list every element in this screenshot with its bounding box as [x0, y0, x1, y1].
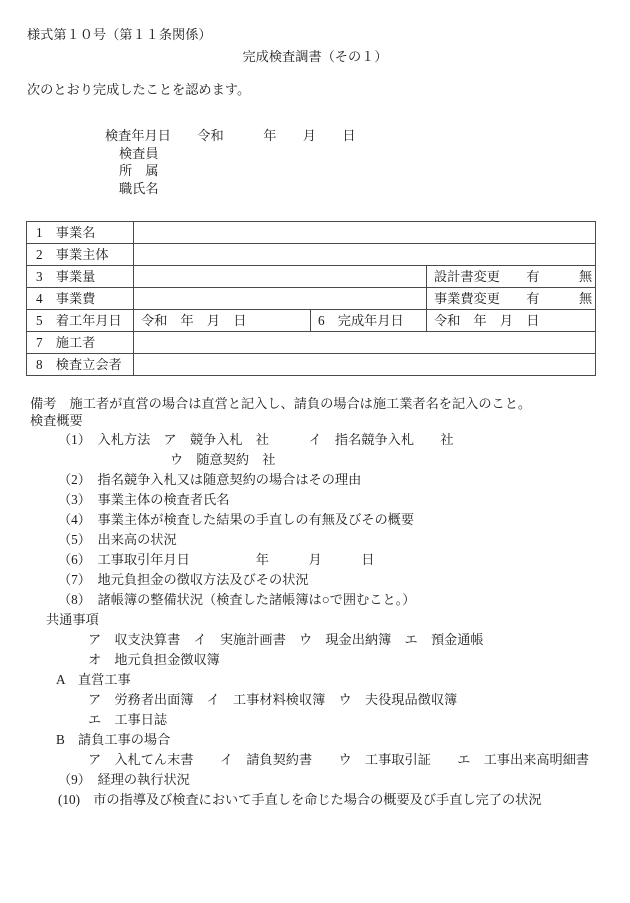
summary-line: エ 工事日誌 — [88, 710, 626, 730]
summary-line: ウ 随意契約 社 — [170, 450, 626, 470]
row-label-cell: 2 事業主体 — [27, 244, 134, 266]
summary-line: (10) 市の指導及び検査において手直しを命じた場合の概要及び手直し完了の状況 — [58, 790, 626, 810]
document-page: 様式第１０号（第１１条関係） 完成検査調書（その１） 次のとおり完成したことを認… — [0, 0, 630, 903]
row-value-cell — [134, 244, 596, 266]
row-label-cell: 1 事業名 — [27, 222, 134, 244]
table-row: 4 事業費事業費変更 有 無 — [27, 288, 596, 310]
row-value-cell: 令和 年 月 日 — [427, 310, 596, 332]
row-value-cell: 6 完成年月日 — [311, 310, 427, 332]
row-value-cell: 事業費変更 有 無 — [427, 288, 596, 310]
summary-line: ア 労務者出面簿 イ 工事材料検収簿 ウ 夫役現品徴収簿 — [88, 690, 626, 710]
summary-line: （6） 工事取引年月日 年 月 日 — [58, 550, 626, 570]
row-value-cell: 令和 年 月 日 — [134, 310, 311, 332]
row-label-cell: 3 事業量 — [27, 266, 134, 288]
row-label-cell: 5 着工年月日 — [27, 310, 134, 332]
table-row: 8 検査立会者 — [27, 354, 596, 376]
project-info-table: 1 事業名2 事業主体3 事業量設計書変更 有 無4 事業費事業費変更 有 無5… — [26, 221, 596, 376]
summary-line: オ 地元負担金徴収簿 — [88, 650, 626, 670]
inspection-date-block: 検査年月日 令和 年 月 日検査員所 属職氏名 — [105, 127, 356, 197]
summary-line: ア 収支決算書 イ 実施計画書 ウ 現金出納簿 エ 預金通帳 — [88, 630, 626, 650]
title-name-line: 職氏名 — [105, 180, 356, 198]
row-value-cell — [134, 222, 596, 244]
table-row: 5 着工年月日令和 年 月 日6 完成年月日令和 年 月 日 — [27, 310, 596, 332]
row-value-cell — [134, 332, 596, 354]
summary-line: （4） 事業主体が検査した結果の手直しの有無及びその概要 — [58, 510, 626, 530]
summary-line: A 直営工事 — [56, 670, 626, 690]
inspector-line: 検査員 — [105, 145, 356, 163]
affiliation-line: 所 属 — [105, 162, 356, 180]
summary-line: B 請負工事の場合 — [56, 730, 626, 750]
row-label-cell: 7 施工者 — [27, 332, 134, 354]
summary-line: 共通事項 — [46, 610, 626, 630]
summary-heading: 検査概要 — [30, 410, 83, 429]
row-value-cell: 設計書変更 有 無 — [427, 266, 596, 288]
row-value-cell — [134, 266, 427, 288]
project-info-table-body: 1 事業名2 事業主体3 事業量設計書変更 有 無4 事業費事業費変更 有 無5… — [27, 222, 596, 376]
summary-line: （8） 諸帳簿の整備状況（検査した諸帳簿は○で囲むこと。） — [58, 590, 626, 610]
table-note: 備考 施工者が直営の場合は直営と記入し、請負の場合は施工業者名を記入のこと。 — [30, 393, 531, 412]
form-number: 様式第１０号（第１１条関係） — [27, 24, 212, 43]
inspection-date-line: 検査年月日 令和 年 月 日 — [105, 127, 356, 145]
summary-line: （7） 地元負担金の徴収方法及びその状況 — [58, 570, 626, 590]
summary-line: （1） 入札方法 ア 競争入札 社 イ 指名競争入札 社 — [58, 430, 626, 450]
table-row: 3 事業量設計書変更 有 無 — [27, 266, 596, 288]
document-title: 完成検査調書（その１） — [0, 46, 630, 65]
summary-line: （2） 指名競争入札又は随意契約の場合はその理由 — [58, 470, 626, 490]
summary-line: ア 入札てん末書 イ 請負契約書 ウ 工事取引証 エ 工事出来高明細書 — [88, 750, 626, 770]
table-row: 7 施工者 — [27, 332, 596, 354]
table-row: 1 事業名 — [27, 222, 596, 244]
summary-lines: （1） 入札方法 ア 競争入札 社 イ 指名競争入札 社ウ 随意契約 社（2） … — [30, 430, 626, 810]
row-value-cell — [134, 288, 427, 310]
summary-line: （5） 出来高の状況 — [58, 530, 626, 550]
row-label-cell: 4 事業費 — [27, 288, 134, 310]
intro-text: 次のとおり完成したことを認めます。 — [27, 79, 250, 98]
summary-line: （9） 経理の執行状況 — [58, 770, 626, 790]
summary-line: （3） 事業主体の検査者氏名 — [58, 490, 626, 510]
row-value-cell — [134, 354, 596, 376]
table-row: 2 事業主体 — [27, 244, 596, 266]
row-label-cell: 8 検査立会者 — [27, 354, 134, 376]
